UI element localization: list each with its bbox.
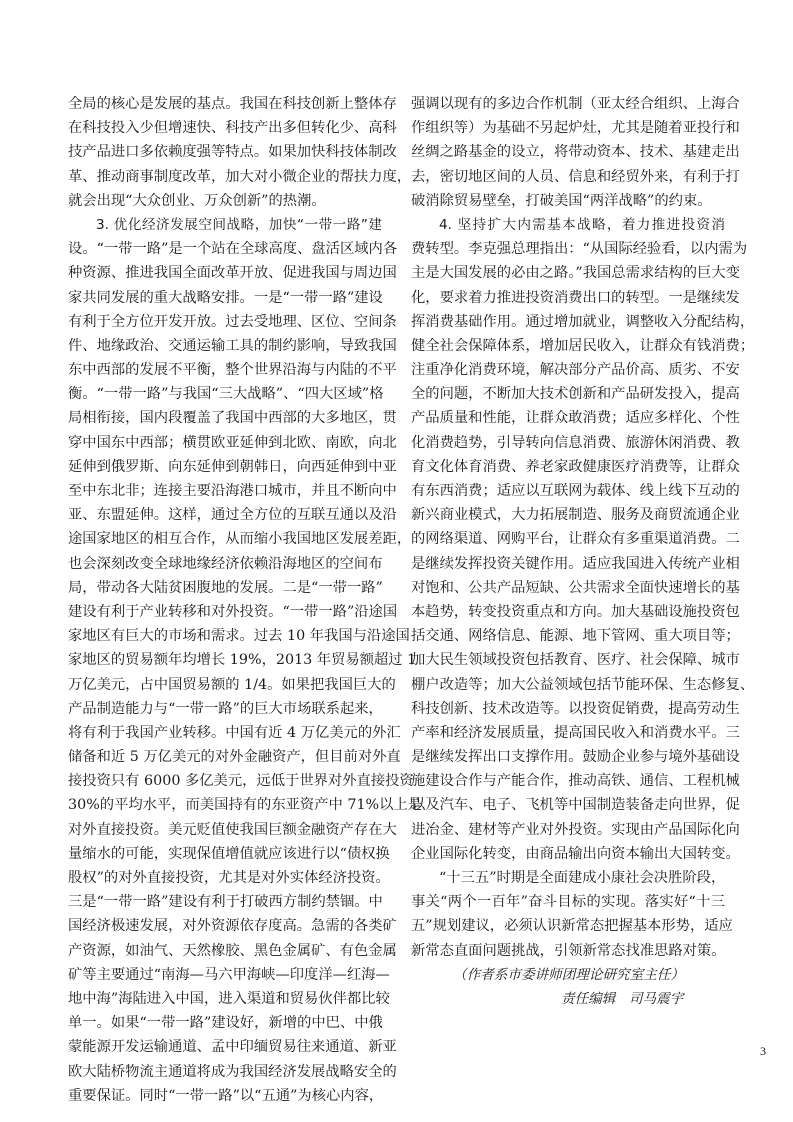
text-line: 在科技投入少但增速快、科技产出多但转化少、高科 — [68, 116, 382, 140]
text-line: 丝绸之路基金的设立，将带动资本、技术、基建走出 — [411, 140, 725, 164]
text-line: 进冶金、建材等产业对外投资。实现由产品国际化向 — [411, 818, 725, 842]
text-line: 途国家地区的相互合作，从而缩小我国地区发展差距， — [68, 527, 382, 551]
text-line: 产品制造能力与“一带一路”的巨大市场联系起来， — [68, 697, 382, 721]
text-line: 蒙能源开发运输通道、孟中印缅贸易往来通道、新亚 — [68, 1035, 382, 1059]
text-line: 革、推动商事制度改革，加大对小微企业的帮扶力度， — [68, 165, 382, 189]
text-line: 重要保证。同时“一带一路”以“五通”为核心内容， — [68, 1084, 382, 1108]
text-line: 三是“一带一路”建设有利于打破西方制约禁锢。中 — [68, 890, 382, 914]
text-line: 件、地缘政治、交通运输工具的制约影响，导致我国 — [68, 334, 382, 358]
left-column: 全局的核心是发展的基点。我国在科技创新上整体存 在科技投入少但增速快、科技产出多… — [68, 92, 382, 1108]
text-line: 接投资只有 6000 多亿美元，远低于世界对外直接投资 — [68, 769, 382, 793]
text-line: 费转型。李克强总理指出：“从国际经验看，以内需为 — [411, 237, 725, 261]
text-line: 五”规划建议，必须认识新常态把握基本形势，适应 — [411, 914, 725, 938]
author-byline: （作者系市委讲师团理论研究室主任） — [411, 963, 725, 987]
text-line: 全的问题，不断加大技术创新和产品研发投入，提高 — [411, 382, 725, 406]
text-line: 科技创新、技术改造等。以投资促销费，提高劳动生 — [411, 697, 725, 721]
text-line: 是继续发挥投资关键作用。适应我国进入传统产业相 — [411, 552, 725, 576]
text-line: 事关“两个一百年”奋斗目标的实现。落实好“十三 — [411, 890, 725, 914]
text-line: 有东西消费；适应以互联网为载体、线上线下互动的 — [411, 479, 725, 503]
text-line: 注重净化消费环境，解决部分产品价高、质劣、不安 — [411, 358, 725, 382]
text-line: 国经济极速发展，对外资源依存度高。急需的各类矿 — [68, 914, 382, 938]
text-line: 括交通、网络信息、能源、地下管网、重大项目等； — [411, 624, 725, 648]
text-line: 至中东北非；连接主要沿海港口城市，并且不断向中 — [68, 479, 382, 503]
text-line: 对饱和、公共产品短缺、公共需求全面快速增长的基 — [411, 576, 725, 600]
text-line: 东中西部的发展不平衡，整个世界沿海与内陆的不平 — [68, 358, 382, 382]
text-line: 强调以现有的多边合作机制（亚太经合组织、上海合 — [411, 92, 725, 116]
responsible-editor: 责任编辑 司马震宇 — [411, 987, 725, 1011]
text-line: 家地区的贸易额年均增长 19%，2013 年贸易额超过 1 — [68, 648, 382, 672]
text-line: 30%的平均水平，而美国持有的东亚资产中 71%以上是 — [68, 793, 382, 817]
text-line: 产资源，如油气、天然橡胶、黑色金属矿、有色金属 — [68, 939, 382, 963]
text-line: 新兴商业模式，大力拓展制造、服务及商贸流通企业 — [411, 503, 725, 527]
text-line: 健全社会保障体系，增加居民收入，让群众有钱消费； — [411, 334, 725, 358]
document-page: 全局的核心是发展的基点。我国在科技创新上整体存 在科技投入少但增速快、科技产出多… — [0, 0, 793, 1122]
text-line: 就会出现“大众创业、万众创新”的热潮。 — [68, 189, 382, 213]
text-line: 技产品进口多依赖度强等特点。如果加快科技体制改 — [68, 140, 382, 164]
text-line: 将有利于我国产业转移。中国有近 4 万亿美元的外汇 — [68, 721, 382, 745]
text-line: 穿中国东中西部；横贯欧亚延伸到北欧、南欧，向北 — [68, 431, 382, 455]
text-line: 加大民生领域投资包括教育、医疗、社会保障、城市 — [411, 648, 725, 672]
text-line: 去，密切地区间的人员、信息和经贸外来，有利于打 — [411, 165, 725, 189]
text-line: 地中海”海陆进入中国，进入渠道和贸易伙伴都比较 — [68, 987, 382, 1011]
text-line: 化消费趋势，引导转向信息消费、旅游休闲消费、教 — [411, 431, 725, 455]
text-line: 的网络渠道、网购平台，让群众有多重渠道消费。二 — [411, 527, 725, 551]
text-line: 新常态直面问题挑战，引领新常态找准思路对策。 — [411, 939, 725, 963]
text-line: 股权”的对外直接投资，尤其是对外实体经济投资。 — [68, 866, 382, 890]
text-line: 有利于全方位开发开放。过去受地理、区位、空间条 — [68, 310, 382, 334]
text-line: 亚、东盟延伸。这样，通过全方位的互联互通以及沿 — [68, 503, 382, 527]
text-line: 破消除贸易壁垒，打破美国“两洋战略”的约束。 — [411, 189, 725, 213]
text-line: 施建设合作与产能合作，推动高铁、通信、工程机械 — [411, 769, 725, 793]
text-line: 欧大陆桥物流主通道将成为我国经济发展战略安全的 — [68, 1060, 382, 1084]
text-line: 是继续发挥出口支撑作用。鼓励企业参与境外基础设 — [411, 745, 725, 769]
text-line: 矿等主要通过“南海—马六甲海峡—印度洋—红海— — [68, 963, 382, 987]
text-line: 主是大国发展的必由之路。”我国总需求结构的巨大变 — [411, 261, 725, 285]
text-line: 单一。如果“一带一路”建设好，新增的中巴、中俄 — [68, 1011, 382, 1035]
text-line: 产率和经济发展质量，提高国民收入和消费水平。三 — [411, 721, 725, 745]
text-line: 种资源、推进我国全面改革开放、促进我国与周边国 — [68, 261, 382, 285]
text-line: 延伸到俄罗斯、向东延伸到朝韩日，向西延伸到中亚 — [68, 455, 382, 479]
section-heading-3: 3. 优化经济发展空间战略，加快“一带一路”建 — [68, 213, 382, 237]
text-line: 企业国际化转变，由商品输出向资本输出大国转变。 — [411, 842, 725, 866]
text-line: 产品质量和性能，让群众敢消费；适应多样化、个性 — [411, 406, 725, 430]
text-line: 也会深刻改变全球地缘经济依赖沿海地区的空间布 — [68, 552, 382, 576]
text-line: 万亿美元，占中国贸易额的 1/4。如果把我国巨大的 — [68, 673, 382, 697]
text-line: 以及汽车、电子、飞机等中国制造装备走向世界，促 — [411, 793, 725, 817]
text-line: 化，要求着力推进投资消费出口的转型。一是继续发 — [411, 286, 725, 310]
text-line: 家地区有巨大的市场和需求。过去 10 年我国与沿途国 — [68, 624, 382, 648]
text-line: 家共同发展的重大战略安排。一是“一带一路”建设 — [68, 286, 382, 310]
section-heading-4: 4. 坚持扩大内需基本战略，着力推进投资消 — [411, 213, 725, 237]
text-line: 作组织等）为基础不另起炉灶，尤其是随着亚投行和 — [411, 116, 725, 140]
text-line: 棚户改造等；加大公益领域包括节能环保、生态修复、 — [411, 673, 725, 697]
text-line: 本趋势，转变投资重点和方向。加大基础设施投资包 — [411, 600, 725, 624]
text-line: 局，带动各大陆贫困腹地的发展。二是“一带一路” — [68, 576, 382, 600]
text-line: 育文化体育消费、养老家政健康医疗消费等，让群众 — [411, 455, 725, 479]
text-line: 建设有利于产业转移和对外投资。“一带一路”沿途国 — [68, 600, 382, 624]
text-line: 量缩水的可能，实现保值增值就应该进行以“债权换 — [68, 842, 382, 866]
page-number: 3 — [760, 1044, 766, 1059]
text-line: 挥消费基础作用。通过增加就业，调整收入分配结构， — [411, 310, 725, 334]
text-line: 局相衔接，国内段覆盖了我国中西部的大多地区，贯 — [68, 406, 382, 430]
text-line: 全局的核心是发展的基点。我国在科技创新上整体存 — [68, 92, 382, 116]
text-line: 设。“一带一路”是一个站在全球高度、盘活区域内各 — [68, 237, 382, 261]
text-line: 衡。“一带一路”与我国“三大战略”、“四大区域”格 — [68, 382, 382, 406]
right-column: 强调以现有的多边合作机制（亚太经合组织、上海合 作组织等）为基础不另起炉灶，尤其… — [411, 92, 725, 1011]
text-line: 对外直接投资。美元贬值使我国巨额金融资产存在大 — [68, 818, 382, 842]
text-line: “十三五”时期是全面建成小康社会决胜阶段， — [411, 866, 725, 890]
text-line: 储备和近 5 万亿美元的对外金融资产，但目前对外直 — [68, 745, 382, 769]
